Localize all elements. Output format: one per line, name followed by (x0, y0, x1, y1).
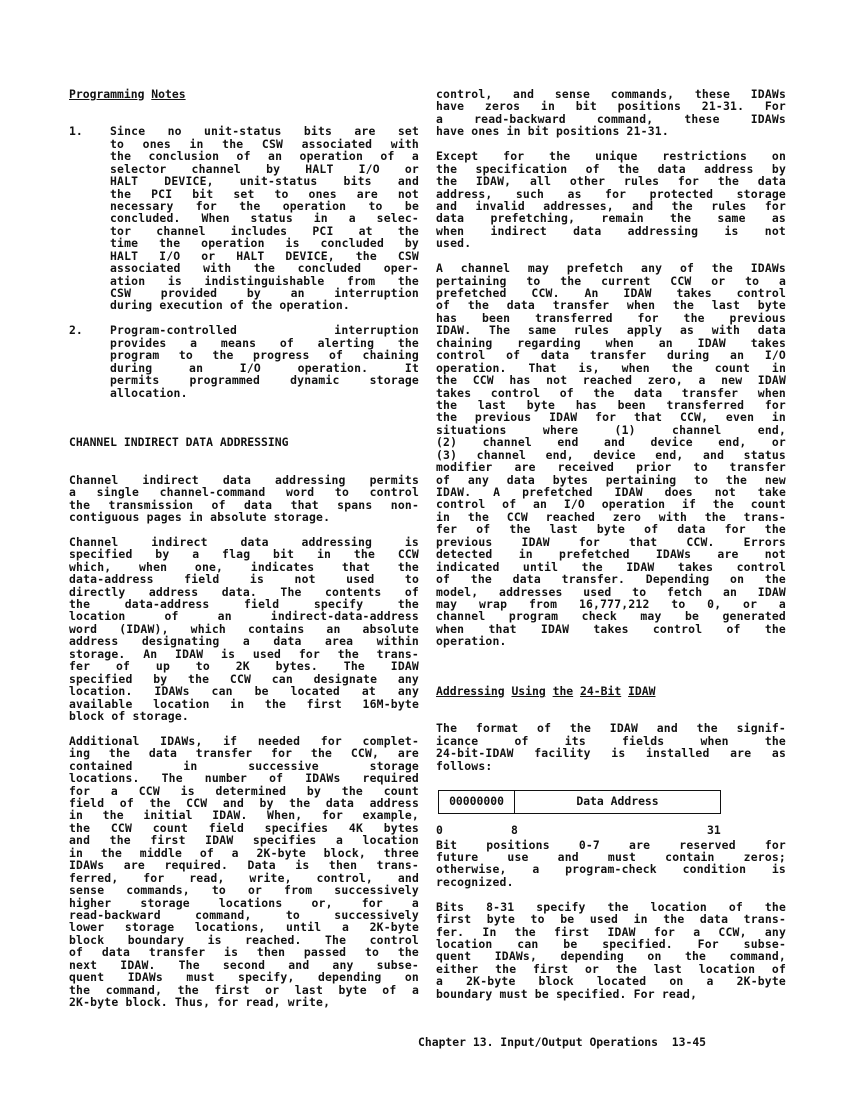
text-line: IDAW. The same rules apply as with data (436, 324, 786, 336)
text-line: concluded. When status in a selec- (110, 212, 419, 224)
note-body: Since no unit-status bits are setto ones… (110, 125, 419, 312)
spacer (69, 100, 419, 125)
data-address-field: Data Address (515, 791, 720, 813)
text-line: fer of up to 2K bytes. The IDAW (69, 660, 419, 672)
text-line: lower storage locations, until a 2K-byte (69, 921, 419, 933)
text-line: associated with the concluded oper- (110, 262, 419, 274)
text-line: detected in prefetched IDAWs are not (436, 548, 786, 560)
note-paragraph: Program-controlled interruptionprovides … (110, 324, 419, 399)
text-line: sense commands, to or from successively (69, 884, 419, 896)
section-heading: CHANNEL INDIRECT DATA ADDRESSING (69, 436, 419, 448)
text-line: a single channel-command word to control (69, 486, 419, 498)
text-line: The format of the IDAW and the signif- (436, 722, 786, 734)
text-line: 2K-byte block. Thus, for read, write, (69, 996, 419, 1008)
text-line: address designating a data area within (69, 635, 419, 647)
text-line: and the first IDAW specifies a location (69, 834, 419, 846)
bit-label-middle: 8 (511, 823, 518, 837)
text-line: used. (436, 237, 786, 249)
text-line: HALT DEVICE, unit-status bits and (110, 175, 419, 187)
text-line: allocation. (110, 387, 419, 399)
bit-label-end: 31 (707, 823, 721, 837)
text-line: location. IDAWs can be located at any (69, 685, 419, 697)
text-line: have zeros in bit positions 21-31. For (436, 100, 786, 112)
note-body: Program-controlled interruptionprovides … (110, 324, 419, 399)
text-line: data-address field is not used to (69, 573, 419, 585)
right-column: control, and sense commands, these IDAWs… (436, 88, 786, 1000)
text-line: of the data transfer when the last byte (436, 299, 786, 311)
text-line: block of storage. (69, 710, 419, 722)
text-line: a 2K-byte block located on a 2K-byte (436, 975, 786, 987)
text-line: during execution of the operation. (110, 299, 419, 311)
text-line: data prefetching, remain the same as (436, 212, 786, 224)
text-line: (2) channel end and device end, or (436, 436, 786, 448)
body-paragraph: control, and sense commands, these IDAWs… (436, 88, 786, 138)
text-line: Since no unit-status bits are set (110, 125, 419, 137)
text-line: contiguous pages in absolute storage. (69, 511, 419, 523)
text-line: follows: (436, 760, 786, 772)
text-line: the CCW has not reached zero, a new IDAW (436, 374, 786, 386)
subsection-heading: Addressing Using the 24-Bit IDAW (436, 685, 786, 697)
page-footer: Chapter 13. Input/Output Operations 13-4… (418, 1035, 706, 1049)
text-line: operation. (436, 635, 786, 647)
text-line: permits programmed dynamic storage (110, 374, 419, 386)
text-line: recognized. (436, 876, 786, 888)
text-line: fer of the last byte of data for the (436, 523, 786, 535)
text-line: first byte to be used in the data trans- (436, 913, 786, 925)
spacer (436, 648, 786, 660)
text-line: Except for the unique restrictions on (436, 150, 786, 162)
left-column: Programming Notes1.Since no unit-status … (69, 88, 419, 1008)
text-line: when indirect data addressing is not (436, 225, 786, 237)
bit-label-start: 0 (436, 823, 443, 837)
footer-page-number: 13-45 (672, 1035, 706, 1049)
body-paragraph: Except for the unique restrictions onthe… (436, 150, 786, 250)
spacer (69, 399, 419, 424)
footer-chapter: Chapter 13. Input/Output Operations (418, 1035, 658, 1049)
text-line: Program-controlled interruption (110, 324, 419, 336)
format-intro-paragraph: The format of the IDAW and the signif-ic… (436, 722, 786, 772)
text-line: of data transfer is then passed to the (69, 946, 419, 958)
spacer (436, 888, 786, 900)
text-line: 24-bit-IDAW facility is installed are as (436, 747, 786, 759)
note-number: 1. (69, 125, 110, 312)
text-line: the IDAW, all other rules for the data (436, 175, 786, 187)
text-line: channel program check may be generated (436, 610, 786, 622)
text-line: otherwise, a program-check condition is (436, 863, 786, 875)
idaw-format-box: 00000000Data Address (438, 790, 721, 814)
text-line: control of an I/O operation if the count (436, 498, 786, 510)
text-line: quent IDAWs must specify, depending on (69, 971, 419, 983)
text-line: the conclusion of an operation of a (110, 150, 419, 162)
text-line: IDAWs are required. Data is then trans- (69, 859, 419, 871)
note-item: 2.Program-controlled interruptionprovide… (69, 324, 419, 399)
body-paragraph: Bit positions 0-7 are reserved forfuture… (436, 839, 786, 889)
text-line: the previous IDAW for that CCW, even in (436, 411, 786, 423)
spacer (436, 772, 786, 784)
spacer (69, 523, 419, 535)
body-paragraph: Channel indirect data addressing isspeci… (69, 536, 419, 723)
text-line: specified by a flag bit in the CCW (69, 548, 419, 560)
text-line: modifier are received prior to transfer (436, 461, 786, 473)
text-line: of the data transfer. Depending on the (436, 573, 786, 585)
idaw-format-diagram: 00000000Data Address0831 (436, 787, 786, 839)
spacer (436, 697, 786, 722)
programming-notes-heading: Programming Notes (69, 88, 419, 100)
reserved-field: 00000000 (439, 791, 515, 813)
text-line: boundary must be specified. For read, (436, 988, 786, 1000)
text-line: ing the data transfer for the CCW, are (69, 747, 419, 759)
text-line: locations. The number of IDAWs required (69, 772, 419, 784)
spacer (69, 722, 419, 734)
text-line: have ones in bit positions 21-31. (436, 125, 786, 137)
note-item: 1.Since no unit-status bits are setto on… (69, 125, 419, 312)
text-line: control of data transfer during an I/O (436, 349, 786, 361)
body-paragraph: Additional IDAWs, if needed for complet-… (69, 735, 419, 1009)
spacer (436, 660, 786, 685)
text-line: program to the progress of chaining (110, 349, 419, 361)
spacer (69, 449, 419, 474)
text-line: time the operation is concluded by (110, 237, 419, 249)
body-paragraph: Channel indirect data addressing permits… (69, 474, 419, 524)
body-paragraph: A channel may prefetch any of the IDAWsp… (436, 262, 786, 648)
body-paragraph: Bits 8-31 specify the location of thefir… (436, 901, 786, 1001)
note-number: 2. (69, 324, 110, 399)
text-line: A channel may prefetch any of the IDAWs (436, 262, 786, 274)
note-paragraph: Since no unit-status bits are setto ones… (110, 125, 419, 312)
